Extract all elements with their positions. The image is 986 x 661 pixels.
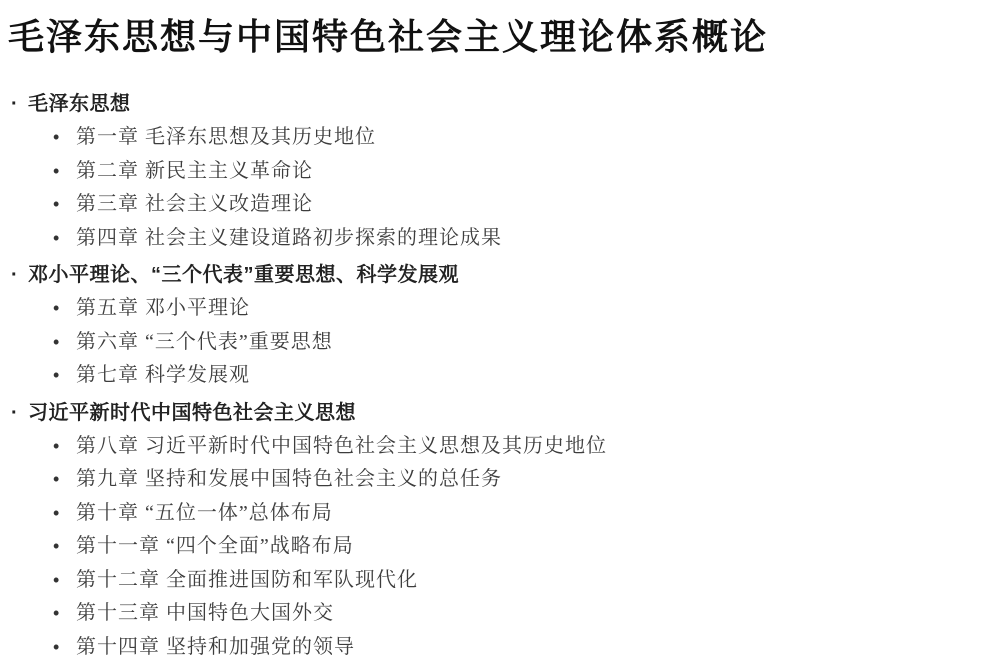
section-label: 习近平新时代中国特色社会主义思想: [28, 397, 356, 430]
chapter-item: • 第六章 “三个代表”重要思想: [8, 326, 986, 360]
bullet-icon: •: [53, 292, 76, 326]
chapter-item: • 第七章 科学发展观: [8, 359, 986, 393]
bullet-icon: •: [53, 155, 76, 189]
chapter-item: • 第二章 新民主主义革命论: [8, 155, 986, 189]
bullet-icon: •: [53, 430, 76, 464]
bullet-icon: •: [53, 359, 76, 393]
outer-bullet-icon: ·: [8, 259, 28, 292]
chapter-item: • 第五章 邓小平理论: [8, 292, 986, 326]
outer-bullet-icon: ·: [8, 88, 28, 121]
outer-bullet-icon: ·: [8, 397, 28, 430]
bullet-icon: •: [53, 121, 76, 155]
bullet-icon: •: [53, 463, 76, 497]
chapter-label: 第五章 邓小平理论: [76, 292, 250, 326]
bullet-icon: •: [53, 222, 76, 256]
section-label: 邓小平理论、“三个代表”重要思想、科学发展观: [28, 259, 459, 292]
chapter-label: 第十四章 坚持和加强党的领导: [76, 631, 355, 661]
chapter-list: • 第一章 毛泽东思想及其历史地位 • 第二章 新民主主义革命论 • 第三章 社…: [8, 121, 986, 255]
bullet-icon: •: [53, 631, 76, 661]
section-xi: · 习近平新时代中国特色社会主义思想 • 第八章 习近平新时代中国特色社会主义思…: [8, 397, 986, 661]
section-mao: · 毛泽东思想 • 第一章 毛泽东思想及其历史地位 • 第二章 新民主主义革命论…: [8, 88, 986, 255]
chapter-label: 第一章 毛泽东思想及其历史地位: [76, 121, 376, 155]
chapter-item: • 第十三章 中国特色大国外交: [8, 597, 986, 631]
chapter-item: • 第九章 坚持和发展中国特色社会主义的总任务: [8, 463, 986, 497]
chapter-item: • 第十二章 全面推进国防和军队现代化: [8, 564, 986, 598]
section-header: · 毛泽东思想: [8, 88, 986, 121]
chapter-label: 第十三章 中国特色大国外交: [76, 597, 334, 631]
chapter-label: 第三章 社会主义改造理论: [76, 188, 313, 222]
chapter-list: • 第五章 邓小平理论 • 第六章 “三个代表”重要思想 • 第七章 科学发展观: [8, 292, 986, 393]
chapter-label: 第十一章 “四个全面”战略布局: [76, 530, 354, 564]
bullet-icon: •: [53, 564, 76, 598]
document-page: 毛泽东思想与中国特色社会主义理论体系概论 · 毛泽东思想 • 第一章 毛泽东思想…: [0, 0, 986, 661]
chapter-label: 第十二章 全面推进国防和军队现代化: [76, 564, 418, 598]
bullet-icon: •: [53, 188, 76, 222]
chapter-item: • 第八章 习近平新时代中国特色社会主义思想及其历史地位: [8, 430, 986, 464]
page-title: 毛泽东思想与中国特色社会主义理论体系概论: [8, 14, 986, 60]
bullet-icon: •: [53, 597, 76, 631]
section-header: · 邓小平理论、“三个代表”重要思想、科学发展观: [8, 259, 986, 292]
chapter-label: 第二章 新民主主义革命论: [76, 155, 313, 189]
chapter-item: • 第十章 “五位一体”总体布局: [8, 497, 986, 531]
bullet-icon: •: [53, 497, 76, 531]
chapter-item: • 第三章 社会主义改造理论: [8, 188, 986, 222]
chapter-label: 第八章 习近平新时代中国特色社会主义思想及其历史地位: [76, 430, 607, 464]
section-deng: · 邓小平理论、“三个代表”重要思想、科学发展观 • 第五章 邓小平理论 • 第…: [8, 259, 986, 393]
chapter-item: • 第十四章 坚持和加强党的领导: [8, 631, 986, 661]
section-header: · 习近平新时代中国特色社会主义思想: [8, 397, 986, 430]
chapter-label: 第四章 社会主义建设道路初步探索的理论成果: [76, 222, 502, 256]
chapter-label: 第七章 科学发展观: [76, 359, 250, 393]
chapter-item: • 第一章 毛泽东思想及其历史地位: [8, 121, 986, 155]
toc-list: · 毛泽东思想 • 第一章 毛泽东思想及其历史地位 • 第二章 新民主主义革命论…: [8, 88, 986, 661]
chapter-list: • 第八章 习近平新时代中国特色社会主义思想及其历史地位 • 第九章 坚持和发展…: [8, 430, 986, 661]
chapter-label: 第十章 “五位一体”总体布局: [76, 497, 333, 531]
chapter-label: 第六章 “三个代表”重要思想: [76, 326, 333, 360]
bullet-icon: •: [53, 326, 76, 360]
chapter-item: • 第十一章 “四个全面”战略布局: [8, 530, 986, 564]
chapter-item: • 第四章 社会主义建设道路初步探索的理论成果: [8, 222, 986, 256]
chapter-label: 第九章 坚持和发展中国特色社会主义的总任务: [76, 463, 502, 497]
bullet-icon: •: [53, 530, 76, 564]
section-label: 毛泽东思想: [28, 88, 131, 121]
